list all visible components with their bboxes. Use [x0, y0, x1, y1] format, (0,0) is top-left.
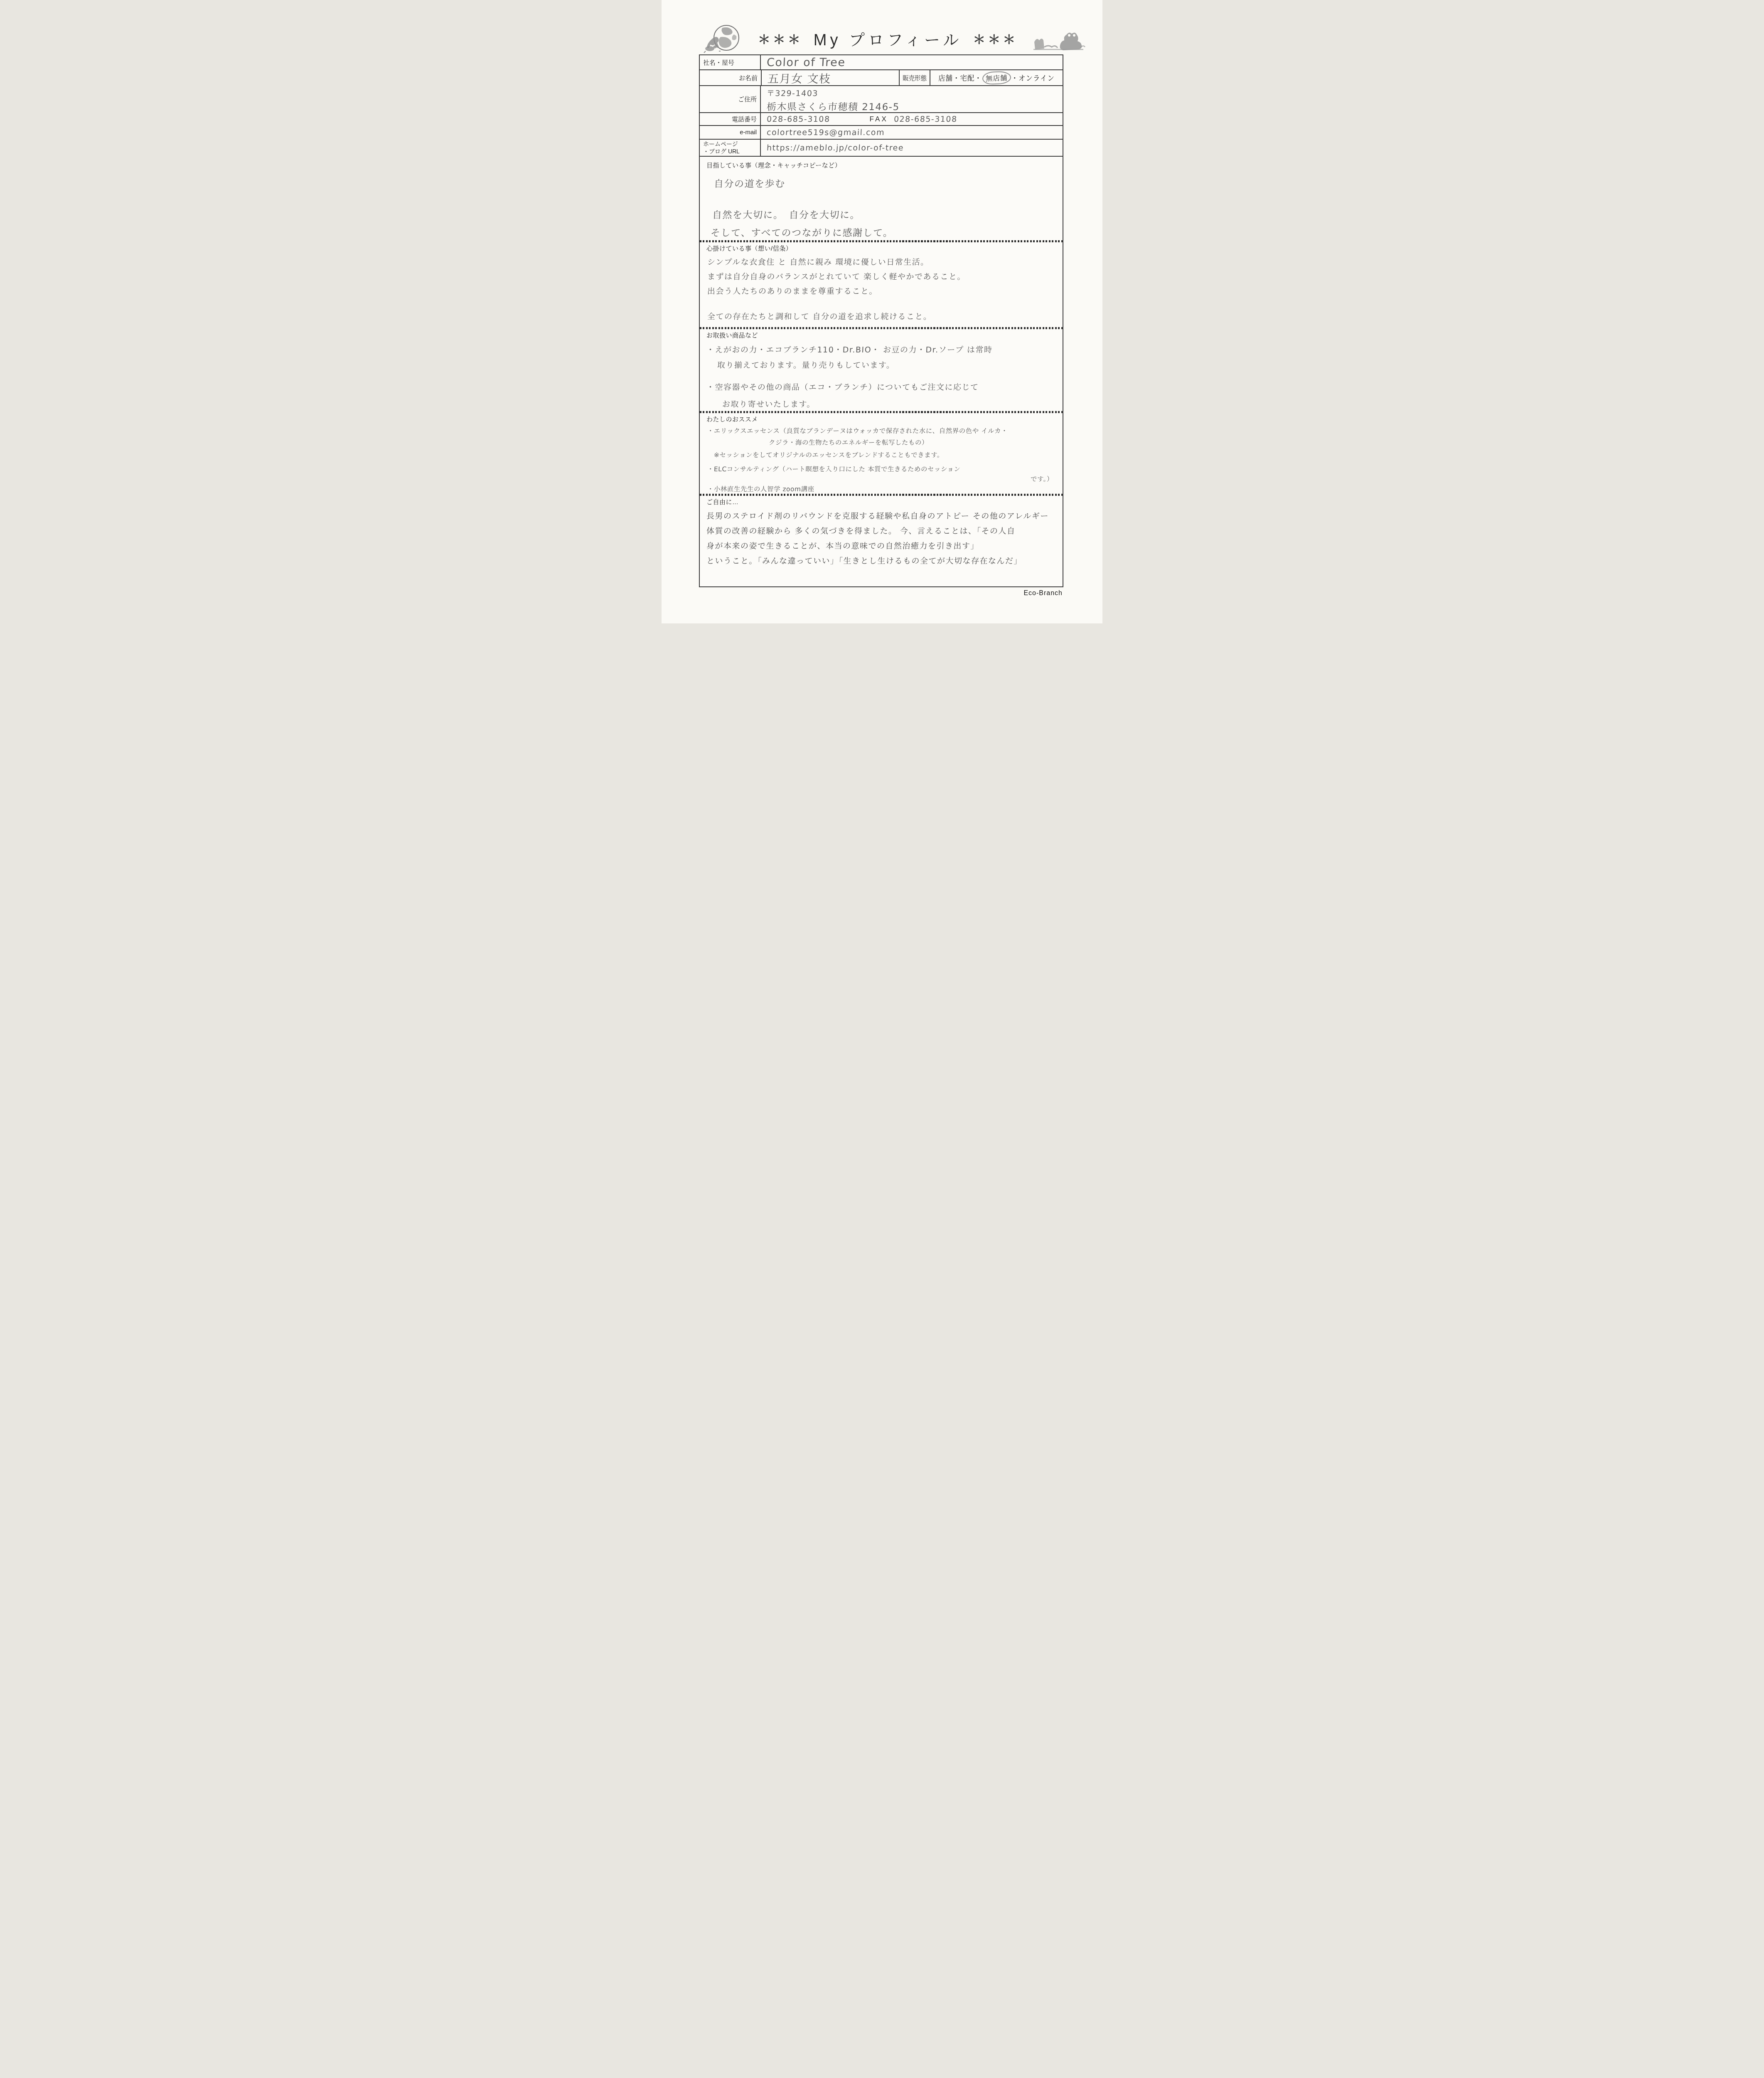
name-label: お名前 — [700, 70, 761, 85]
sales-option-separator: ・ — [974, 73, 982, 83]
postal-code-value: 〒329-1403 — [766, 87, 818, 98]
free-body: 長男のステロイド剤のリバウンドを克服する経験や私自身のアトピー その他のアレルギ… — [706, 510, 1056, 566]
mindset-body: シンプルな衣食住 と 自然に親み 環境に優しい日常生活。 まずは自分自身のバラン… — [706, 256, 1056, 322]
email-value-cell: colortree519s@gmail.com — [761, 126, 1063, 139]
mindset-line: シンプルな衣食住 と 自然に親み 環境に優しい日常生活。 — [707, 256, 1056, 267]
website-label: ホームページ ・ブログ URL — [700, 140, 761, 156]
recommend-heading: わたしのおススメ — [706, 415, 1056, 423]
sales-format-label: 販売形態 — [899, 70, 930, 85]
brand-footer: Eco-Branch — [1023, 590, 1063, 597]
page-header: ＊＊＊ My プロフィール ＊＊＊ — [662, 22, 1102, 55]
dotted-divider — [700, 411, 1063, 413]
goal-line: 自分の道を歩む — [713, 176, 1056, 190]
free-line: 体質の改善の経験から 多くの気づきを得ました。 今、言えることは、「その人自 — [706, 525, 1056, 536]
phone-label: 電話番号 — [700, 113, 761, 125]
phone-row: 電話番号 028-685-3108 FAX 028-685-3108 — [700, 113, 1063, 126]
dotted-divider — [700, 240, 1063, 242]
website-row: ホームページ ・ブログ URL https://ameblo.jp/color-… — [700, 140, 1063, 157]
free-line: ということ。「みんな違っていい」「生きとし生けるもの全てが大切な存在なんだ」 — [706, 555, 1056, 566]
frog-sketch-icon — [1032, 24, 1086, 53]
sales-format-options: 店舗 ・ 宅配 ・ 無店舗 ・ オンライン — [930, 70, 1063, 85]
products-line: 取り揃えております。量り売りもしています。 — [717, 359, 1056, 370]
free-line: 長男のステロイド剤のリバウンドを克服する経験や私自身のアトピー その他のアレルギ… — [706, 510, 1056, 521]
products-line: ・えがおの力・エコブランチ110・Dr.BIO・ お豆の力・Dr.ソープ は常時 — [706, 344, 1056, 355]
phone-value-cell: 028-685-3108 FAX 028-685-3108 — [761, 113, 1063, 125]
website-value-cell: https://ameblo.jp/color-of-tree — [761, 140, 1063, 156]
goal-heading: 目指している事（理念・キャッチコピーなど） — [706, 161, 1056, 170]
sales-option-separator: ・ — [1011, 73, 1019, 83]
mindset-line: まずは自分自身のバランスがとれていて 楽しく軽やかであること。 — [707, 271, 1056, 282]
sales-option-delivery: 宅配 — [960, 73, 974, 83]
goal-line: 自然を大切に。 自分を大切に。 — [712, 207, 1056, 221]
email-label: e-mail — [700, 126, 761, 139]
page-title-text: My プロフィール — [814, 27, 962, 50]
phone-value: 028-685-3108 — [766, 115, 830, 124]
fax-label: FAX — [870, 115, 888, 123]
free-heading: ご自由に… — [706, 497, 1056, 506]
fax-group: FAX 028-685-3108 — [870, 115, 957, 124]
mindset-line: 出会う人たちのありのままを尊重すること。 — [707, 285, 1056, 296]
page-title: ＊＊＊ My プロフィール ＊＊＊ — [744, 27, 1032, 50]
decorative-stars-left: ＊＊＊ — [758, 29, 803, 47]
company-value: Color of Tree — [766, 56, 846, 69]
products-body: ・えがおの力・エコブランチ110・Dr.BIO・ お豆の力・Dr.ソープ は常時… — [706, 344, 1056, 409]
name-value-cell: 五月女 文枝 — [761, 70, 899, 85]
goal-body: 自分の道を歩む 自然を大切に。 自分を大切に。 そして、すべてのつながりに感謝し… — [706, 176, 1056, 239]
profile-form: 社名・屋号 Color of Tree お名前 五月女 文枝 販売形態 店舗 ・… — [699, 54, 1063, 587]
products-line: お取り寄せいたします。 — [722, 398, 1056, 409]
email-value: colortree519s@gmail.com — [766, 128, 885, 137]
dotted-divider — [700, 494, 1063, 496]
section-products: お取扱い商品など ・えがおの力・エコブランチ110・Dr.BIO・ お豆の力・D… — [700, 325, 1063, 409]
address-value-cell: 〒329-1403 栃木県さくら市穂積 2146-5 — [761, 86, 1063, 112]
free-line: 身が本来の姿で生きることが、本当の意味での自然治癒力を引き出す」 — [706, 540, 1056, 551]
mindset-line: 全ての存在たちと調和して 自分の道を追求し続けること。 — [707, 310, 1056, 322]
address-label: ご住所 — [700, 86, 761, 112]
scanned-profile-form-page: ＊＊＊ My プロフィール ＊＊＊ 社名・屋号 Color of Tree — [662, 0, 1102, 623]
section-free: ご自由に… 長男のステロイド剤のリバウンドを克服する経験や私自身のアトピー その… — [700, 491, 1063, 588]
address-value: 栃木県さくら市穂積 2146-5 — [766, 99, 900, 113]
name-value: 五月女 文枝 — [767, 70, 832, 85]
recommend-line: ※セッションをしてオリジナルのエッセンスをブレンドすることもできます。 — [714, 450, 1056, 459]
decorative-stars-right: ＊＊＊ — [973, 29, 1018, 47]
dotted-divider — [700, 327, 1063, 329]
company-row: 社名・屋号 Color of Tree — [700, 55, 1063, 70]
address-row: ご住所 〒329-1403 栃木県さくら市穂積 2146-5 — [700, 86, 1063, 113]
email-row: e-mail colortree519s@gmail.com — [700, 126, 1063, 140]
section-recommend: わたしのおススメ ・エリックスエッセンス（良質なブランデーヌはウォッカで保存され… — [700, 409, 1063, 491]
sales-option-online: オンライン — [1019, 73, 1055, 83]
products-heading: お取扱い商品など — [706, 331, 1056, 340]
goal-line: そして、すべてのつながりに感謝して。 — [710, 225, 1056, 239]
company-value-cell: Color of Tree — [761, 55, 1063, 69]
company-label: 社名・屋号 — [700, 55, 761, 69]
sales-option-no-store-circled: 無店舗 — [982, 71, 1011, 84]
sales-option-separator: ・ — [953, 73, 960, 83]
mindset-heading: 心掛けている事（想い/信条） — [706, 244, 1056, 253]
name-sales-row: お名前 五月女 文枝 販売形態 店舗 ・ 宅配 ・ 無店舗 ・ オンライン — [700, 70, 1063, 86]
globe-animals-sketch-icon — [702, 22, 744, 54]
website-value: https://ameblo.jp/color-of-tree — [766, 143, 904, 153]
fax-value: 028-685-3108 — [893, 115, 957, 124]
website-label-line1: ホームページ — [703, 140, 738, 148]
recommend-line: ・エリックスエッセンス（良質なブランデーヌはウォッカで保存された水に、自然界の色… — [707, 426, 1056, 435]
recommend-line: クジラ・海の生物たちのエネルギーを転写したもの） — [769, 438, 1056, 447]
section-mindset: 心掛けている事（想い/信条） シンプルな衣食住 と 自然に親み 環境に優しい日常… — [700, 238, 1063, 325]
website-label-line2: ・ブログ URL — [703, 148, 740, 155]
recommend-body: ・エリックスエッセンス（良質なブランデーヌはウォッカで保存された水に、自然界の色… — [706, 426, 1056, 493]
section-goal: 目指している事（理念・キャッチコピーなど） 自分の道を歩む 自然を大切に。 自分… — [700, 157, 1063, 238]
recommend-line: です。） — [706, 474, 1054, 483]
products-line: ・空容器やその他の商品（エコ・ブランチ）についてもご注文に応じて — [706, 381, 1056, 392]
sales-option-store: 店舗 — [938, 73, 953, 83]
recommend-line: ・ELCコンサルティング（ハート瞑想を入り口にした 本質で生きるためのセッション — [707, 464, 1056, 473]
